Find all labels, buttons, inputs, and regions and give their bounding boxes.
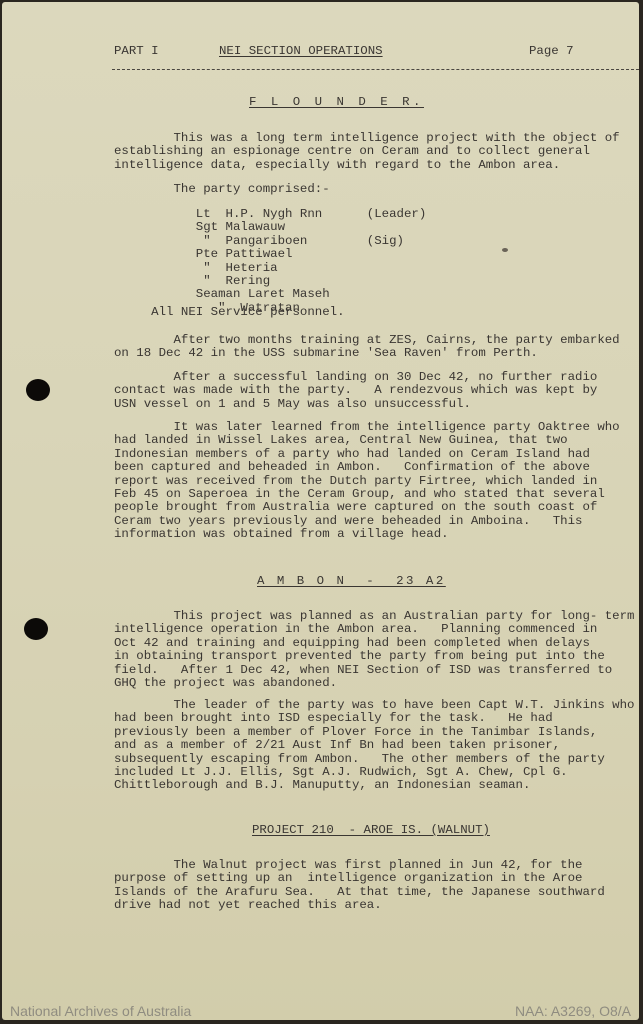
document-page: PART I NEI SECTION OPERATIONS Page 7 F L… — [2, 2, 639, 1020]
ambon-para-leader: The leader of the party was to have been… — [114, 699, 635, 793]
para-later-learned: It was later learned from the intelligen… — [114, 421, 620, 542]
flounder-heading: F L O U N D E R. — [249, 96, 424, 109]
walnut-para: The Walnut project was first planned in … — [114, 859, 605, 913]
part-label: PART I — [114, 45, 159, 58]
header-rule — [112, 69, 639, 70]
ambon-heading: A M B O N - 23 A2 — [257, 575, 446, 588]
party-note: All NEI Service personnel. — [114, 306, 345, 319]
ambon-para-project: This project was planned as an Australia… — [114, 610, 635, 690]
section-title: NEI SECTION OPERATIONS — [219, 45, 383, 58]
archive-reference: NAA: A3269, O8/A — [515, 1005, 631, 1018]
page-number: Page 7 — [529, 45, 574, 58]
para-training: After two months training at ZES, Cairns… — [114, 334, 620, 361]
walnut-heading: PROJECT 210 - AROE IS. (WALNUT) — [252, 824, 490, 837]
flounder-intro: This was a long term intelligence projec… — [114, 132, 620, 172]
punch-hole-upper — [26, 379, 50, 401]
para-landing: After a successful landing on 30 Dec 42,… — [114, 371, 597, 411]
archive-credit: National Archives of Australia — [10, 1005, 191, 1018]
ink-speck — [502, 248, 508, 252]
party-list: Lt H.P. Nygh Rnn (Leader) Sgt Malawauw "… — [114, 208, 426, 315]
party-label: The party comprised:- — [114, 183, 330, 196]
punch-hole-lower — [24, 618, 48, 640]
